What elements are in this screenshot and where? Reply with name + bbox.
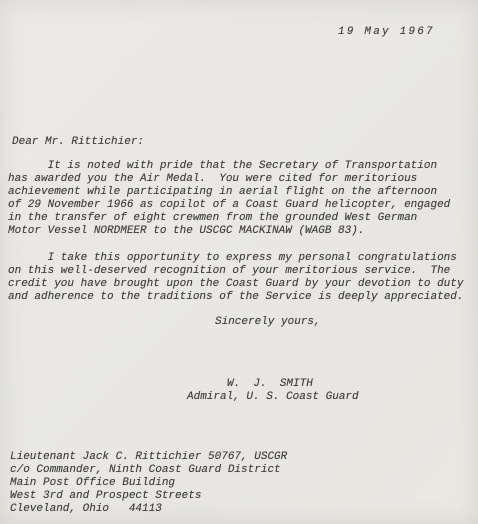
letter-page: 19 May 1967 Dear Mr. Rittichier: It is n… bbox=[0, 0, 478, 524]
body-paragraph-1: It is noted with pride that the Secretar… bbox=[8, 160, 450, 238]
signature-title: Admiral, U. S. Coast Guard bbox=[187, 391, 359, 404]
salutation: Dear Mr. Rittichier: bbox=[12, 136, 144, 149]
body-paragraph-2: I take this opportunity to express my pe… bbox=[8, 252, 463, 304]
recipient-address-block: Lieutenant Jack C. Rittichier 50767, USC… bbox=[10, 451, 287, 516]
closing-salutation: Sincerely yours, bbox=[215, 316, 321, 329]
signature-name: W. J. SMITH bbox=[227, 378, 313, 391]
date-line: 19 May 1967 bbox=[338, 26, 435, 39]
